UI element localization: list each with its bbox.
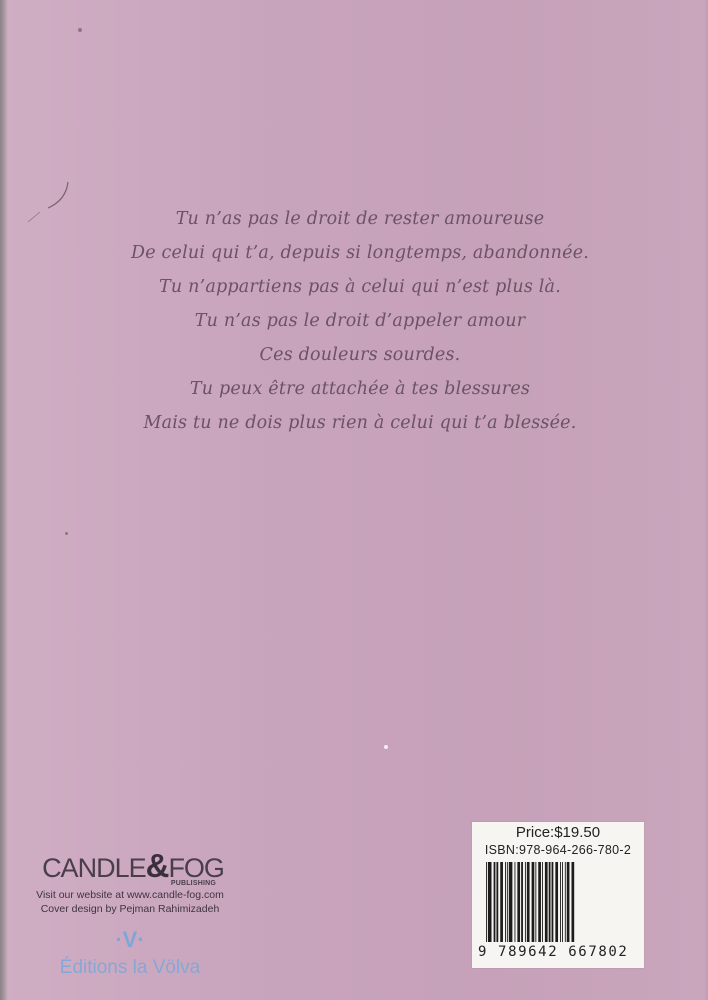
speck [65,532,68,535]
price-label: Price:$19.50 [472,824,644,842]
scratch-mark [26,178,76,228]
imprint-name: Éditions la Völva [30,957,230,979]
isbn-label: ISBN:978-964-266-780-2 [472,842,644,858]
candle-fog-logo: CANDLE&FOG [30,852,230,882]
poem-line: De celui qui t’a, depuis si longtemps, a… [90,236,630,270]
logo-ampersand: & [146,847,169,884]
website-line: Visit our website at www.candle-fog.com [30,889,230,901]
speck [78,28,82,32]
logo-right: FOG [168,853,224,883]
book-right-edge [704,0,708,1000]
barcode-digits: 9 789642 667802 [478,942,638,962]
poem-line: Tu n’as pas le droit d’appeler amour [90,304,630,338]
logo-left: CANDLE [42,853,146,883]
poem: Tu n’as pas le droit de rester amoureuse… [90,202,630,440]
book-spine-edge [0,0,8,1000]
cover-design-credit: Cover design by Pejman Rahimizadeh [30,903,230,915]
publisher-block: CANDLE&FOG PUBLISHING Visit our website … [30,852,230,979]
barcode-sticker: Price:$19.50 ISBN:978-964-266-780-2 9 78… [472,822,644,968]
poem-line: Tu n’appartiens pas à celui qui n’est pl… [90,270,630,304]
poem-line: Tu n’as pas le droit de rester amoureuse [90,202,630,236]
volva-logo-icon: ·V· [30,929,230,951]
poem-line: Ces douleurs sourdes. [90,338,630,372]
poem-line: Mais tu ne dois plus rien à celui qui t’… [90,406,630,440]
speck [384,745,388,749]
poem-line: Tu peux être attachée à tes blessures [90,372,630,406]
